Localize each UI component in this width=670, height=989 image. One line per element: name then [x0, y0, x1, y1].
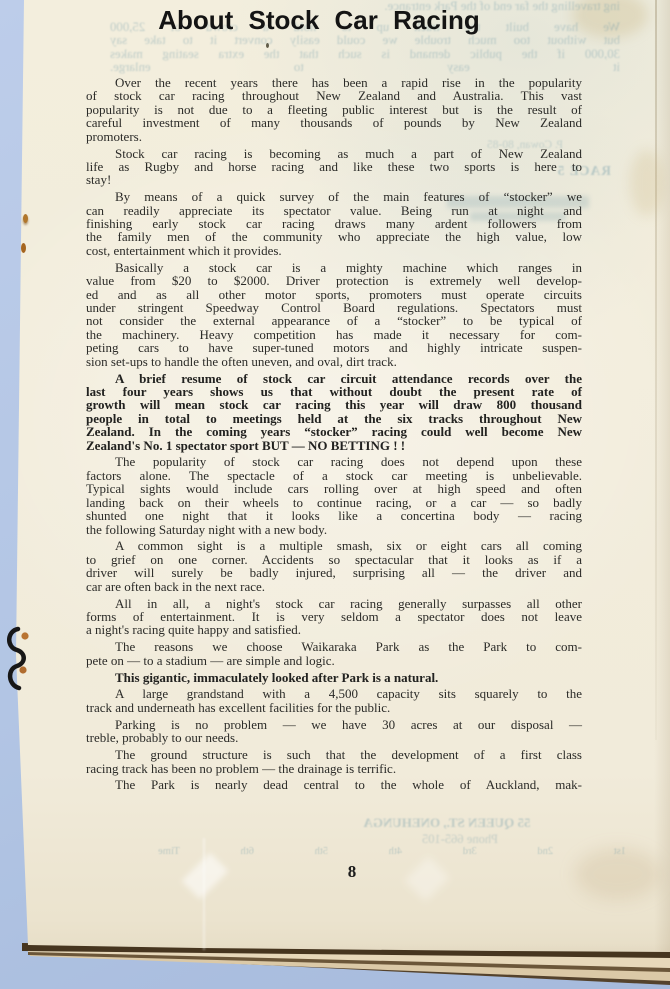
text-line: A brief resume of stock car circuit atte… — [86, 372, 582, 385]
text-line: sion set-ups to handle the often uneven,… — [86, 355, 582, 368]
text-line: The Park is nearly dead central to the w… — [86, 778, 582, 791]
text-line: promoters. — [86, 130, 582, 143]
bleedthrough-phone: Phone 665-105 — [398, 832, 522, 847]
bleedthrough-line: but without too much trouble we could ea… — [110, 34, 620, 47]
rust-dot-bottom — [19, 666, 26, 673]
bleedthrough-line: it easy to enlarge. — [110, 61, 620, 74]
text-line: value from $20 to $2000. Driver protecti… — [86, 274, 582, 287]
text-line: cost, entertainment which it provides. — [86, 244, 582, 257]
text-line: Parking is no problem — we have 30 acres… — [86, 718, 582, 731]
bleedthrough-result-token: 4th — [389, 846, 402, 857]
text-line: can readily appreciate its spectator val… — [86, 204, 582, 217]
text-line: not consider the external appearance of … — [86, 314, 582, 327]
bleedthrough-line: 30,000 if the public demand is such that… — [110, 48, 620, 61]
text-line: finishing early stock car racing draws m… — [86, 217, 582, 230]
text-line: shunted one night that it looks like a c… — [86, 509, 582, 522]
text-line: the machinery. Heavy competition has mad… — [86, 328, 582, 341]
text-line: stay! — [86, 173, 582, 186]
text-line: factors alone. The spectacle of a stock … — [86, 469, 582, 482]
paragraph: Over the recent years there has been a r… — [86, 76, 582, 143]
body-text: Over the recent years there has been a r… — [86, 76, 582, 795]
text-line: driver will surely be badly injured, sur… — [86, 566, 582, 579]
text-line: landing back on their wheels to continue… — [86, 496, 582, 509]
text-line: ed and as all other motor sports, promot… — [86, 288, 582, 301]
paragraph: Parking is no problem — we have 30 acres… — [86, 718, 582, 745]
paragraph: The popularity of stock car racing does … — [86, 455, 582, 535]
paragraph: This gigantic, immaculately looked after… — [86, 671, 582, 684]
text-line: Stock car racing is becoming as much a p… — [86, 147, 582, 160]
rust-speck-1 — [23, 214, 28, 223]
text-line: This gigantic, immaculately looked after… — [86, 671, 582, 684]
text-line: people in total to meetings held at the … — [86, 412, 582, 425]
page-title: About Stock Car Racing — [72, 5, 566, 36]
text-line: last four years shows us that without do… — [86, 385, 582, 398]
text-line: Over the recent years there has been a r… — [86, 76, 582, 89]
text-line: The popularity of stock car racing does … — [86, 455, 582, 468]
paragraph: All in all, a night's stock car racing g… — [86, 597, 582, 637]
text-line: track and underneath has excellent facil… — [86, 701, 582, 714]
scanned-booklet-page: ing travelling the far end of the Park e… — [0, 0, 670, 989]
paragraph: Basically a stock car is a mighty machin… — [86, 261, 582, 368]
text-line: the following Saturday night with a new … — [86, 523, 582, 536]
right-edge-crease — [655, 0, 657, 740]
text-line: The reasons we choose Waikaraka Park as … — [86, 640, 582, 653]
text-line: forms of entertainment. It is very seldo… — [86, 610, 582, 623]
text-line: All in all, a night's stock car racing g… — [86, 597, 582, 610]
text-line: Typical sights would include cars rollin… — [86, 482, 582, 495]
text-line: the family men of the community who appr… — [86, 230, 582, 243]
paragraph: A common sight is a multiple smash, six … — [86, 539, 582, 593]
rust-speck-2 — [21, 243, 26, 253]
bleedthrough-result-token: 2nd — [537, 846, 553, 857]
text-line: The ground structure is such that the de… — [86, 748, 582, 761]
paragraph: Stock car racing is becoming as much a p… — [86, 147, 582, 187]
stain-right-middle — [630, 150, 664, 216]
bleedthrough-result-token: 1st — [614, 846, 626, 857]
paragraph: The ground structure is such that the de… — [86, 748, 582, 775]
text-line: growth will mean stock car racing this y… — [86, 398, 582, 411]
bleedthrough-address: 55 QUEEN ST., ONEHUNGA — [356, 815, 538, 831]
page-number: 8 — [331, 862, 373, 882]
paragraph: A brief resume of stock car circuit atte… — [86, 372, 582, 452]
paragraph: The reasons we choose Waikaraka Park as … — [86, 640, 582, 667]
text-line: popularity is not due to a fleeting publ… — [86, 103, 582, 116]
text-line: Basically a stock car is a mighty machin… — [86, 261, 582, 274]
bleedthrough-result-token: 5th — [315, 846, 328, 857]
text-line: car are often back in the next race. — [86, 580, 582, 593]
text-line: under stringent Speedway Control Board r… — [86, 301, 582, 314]
text-line: A large grandstand with a 4,500 capacity… — [86, 687, 582, 700]
bleedthrough-result-token: 6th — [241, 846, 254, 857]
text-line: life as Rugby and horse racing and like … — [86, 160, 582, 173]
bleedthrough-result-token: Time — [158, 846, 180, 857]
text-line: treble, probably to our needs. — [86, 731, 582, 744]
text-line: pete on — to a stadium — are simple and … — [86, 654, 582, 667]
text-line: a night's racing quite happy and satisfi… — [86, 623, 582, 636]
text-line: peting cars to have super-tuned motors a… — [86, 341, 582, 354]
paragraph: A large grandstand with a 4,500 capacity… — [86, 687, 582, 714]
text-line: By means of a quick survey of the main f… — [86, 190, 582, 203]
bleedthrough-result-token: 3rd — [463, 846, 477, 857]
text-line: A common sight is a multiple smash, six … — [86, 539, 582, 552]
staple-wire — [9, 629, 24, 688]
paragraph: By means of a quick survey of the main f… — [86, 190, 582, 257]
text-line: of stock car racing throughout New Zeala… — [86, 89, 582, 102]
rust-dot-top — [21, 632, 28, 639]
text-line: Zealand. In the coming years “stocker” r… — [86, 425, 582, 438]
text-line: Zealand's No. 1 spectator sport BUT — NO… — [86, 439, 582, 452]
staple — [2, 622, 38, 698]
text-line: careful investment of many thousands of … — [86, 116, 582, 129]
text-line: racing track has been no problem — the d… — [86, 762, 582, 775]
text-line: to grief on one corner. Accidents so spe… — [86, 553, 582, 566]
paragraph: The Park is nearly dead central to the w… — [86, 778, 582, 791]
bleedthrough-results-row: 1st2nd3rd4th5th6thTime — [158, 846, 626, 857]
